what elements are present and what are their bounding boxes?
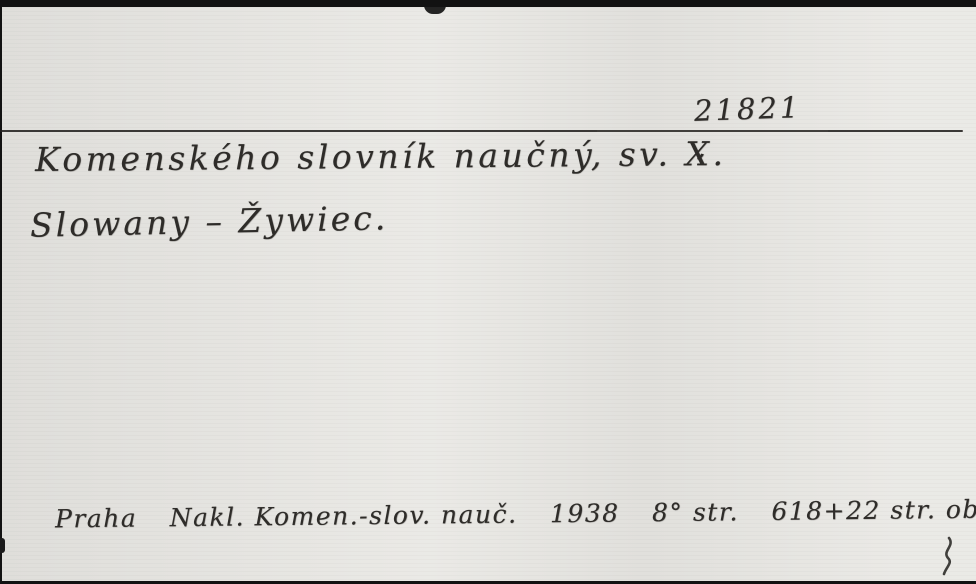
title-handwritten: Komenského slovník naučný, sv. X. xyxy=(35,134,727,179)
imprint-format: 8° str. xyxy=(652,497,739,527)
alphabetical-range: Slowany – Žywiec. xyxy=(30,198,389,244)
imprint-place: Praha xyxy=(55,504,137,534)
imprint-publisher: Nakl. Komen.-slov. nauč. xyxy=(170,500,518,533)
index-card-paper xyxy=(2,7,976,581)
imprint-collation: 618+22 str. obr.+16 m xyxy=(771,494,976,526)
ruled-header-line xyxy=(0,130,963,132)
scanned-catalog-card: 21821 , Komenského slovník naučný, sv. X… xyxy=(0,0,976,584)
ink-flourish-mark xyxy=(939,536,961,580)
call-number: 21821 xyxy=(693,90,801,128)
card-top-edge-notch xyxy=(424,0,446,14)
left-edge-ink-mark xyxy=(0,538,5,553)
imprint-year: 1938 xyxy=(550,499,620,529)
